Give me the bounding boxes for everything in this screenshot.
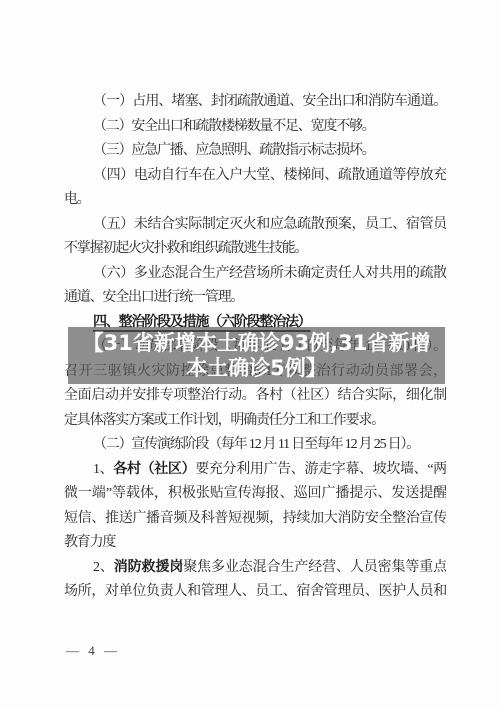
text-line: 1、各村（社区）要充分利用广告、游走字幕、坡坎墙、“两: [64, 458, 446, 483]
text-segment: 通道、安全出口进行统一管理。: [64, 290, 243, 305]
text-line: 不掌握初起火灾扑救和组织疏散逃生技能。: [64, 237, 446, 262]
text-segment: （三）应急广播、应急照明、疏散指示标志损坏。: [93, 143, 375, 158]
text-line: （六）多业态混合生产经营场所未确定责任人对共用的疏散: [64, 262, 446, 287]
text-segment: 1、: [93, 462, 113, 477]
text-line: 电。: [64, 188, 446, 213]
text-line: （三）应急广播、应急照明、疏散指示标志损坏。: [64, 139, 446, 164]
page-number: — 4 —: [66, 643, 120, 659]
text-segment: 微一端”等载体，积极张贴宣传海报、巡回广播提示、发送提醒: [64, 486, 446, 501]
text-segment: 电。: [64, 192, 90, 207]
overlay-caption: 【31省新增本土确诊93例,31省新增 本土确诊5例】: [68, 327, 445, 384]
text-segment: （二）宣传演练阶段（每年 12 月 11 日至每年 12 月 25 日）。: [93, 437, 419, 452]
text-segment: （二）安全出口和疏散楼梯数量不足、宽度不够。: [93, 119, 375, 134]
text-segment: 场所，对单位负责人和管理人、员工、宿舍管理员、医护人员和: [64, 584, 446, 599]
text-line: 场所，对单位负责人和管理人、员工、宿舍管理员、医护人员和: [64, 580, 446, 605]
text-segment: 聚焦多业态混合生产经营、人员密集等重点: [183, 560, 446, 575]
text-line: （二）宣传演练阶段（每年 12 月 11 日至每年 12 月 25 日）。: [64, 433, 446, 458]
text-segment: 2、: [93, 560, 114, 575]
text-segment: 短信、推送广播音频及科普短视频，持续加大消防安全整治宣传: [64, 511, 446, 526]
overlay-caption-line-1: 【31省新增本土确诊93例,31省新增: [83, 331, 431, 356]
text-line: 短信、推送广播音频及科普短视频，持续加大消防安全整治宣传: [64, 507, 446, 532]
text-segment: （六）多业态混合生产经营场所未确定责任人对共用的疏散: [93, 266, 446, 281]
text-segment: 定具体落实方案或工作计划，明确责任分工和工作要求。: [64, 413, 384, 428]
text-line: 微一端”等载体，积极张贴宣传海报、巡回广播提示、发送提醒: [64, 482, 446, 507]
text-line: 2、消防救援岗聚焦多业态混合生产经营、人员密集等重点: [64, 556, 446, 581]
text-line: （一）占用、堵塞、封闭疏散通道、安全出口和消防车通道。: [64, 90, 446, 115]
emphasized-text-segment: 各村（社区）: [113, 462, 195, 477]
text-segment: （一）占用、堵塞、封闭疏散通道、安全出口和消防车通道。: [93, 94, 446, 109]
text-segment: 不掌握初起火灾扑救和组织疏散逃生技能。: [64, 241, 307, 256]
text-segment: （五）未结合实际制定灭火和应急疏散预案，员工、宿管员: [93, 217, 446, 232]
text-line: 通道、安全出口进行统一管理。: [64, 286, 446, 311]
text-segment: （四）电动自行车在入户大堂、楼梯间、疏散通道等停放充: [93, 168, 446, 183]
overlay-caption-line-2: 本土确诊5例】: [186, 356, 327, 381]
text-line: （四）电动自行车在入户大堂、楼梯间、疏散通道等停放充: [64, 164, 446, 189]
text-line: （二）安全出口和疏散楼梯数量不足、宽度不够。: [64, 115, 446, 140]
text-segment: 要充分利用广告、游走字幕、坡坎墙、“两: [195, 462, 446, 477]
text-segment: 全面启动并安排专项整治行动。各村（社区）结合实际，细化制: [64, 388, 446, 403]
text-line: 教育力度: [64, 531, 446, 556]
document-page: （一）占用、堵塞、封闭疏散通道、安全出口和消防车通道。（二）安全出口和疏散楼梯数…: [0, 0, 500, 707]
emphasized-text-segment: 消防救援岗: [114, 560, 183, 575]
text-line: （五）未结合实际制定灭火和应急疏散预案，员工、宿管员: [64, 213, 446, 238]
text-line: 全面启动并安排专项整治行动。各村（社区）结合实际，细化制: [64, 384, 446, 409]
text-line: 定具体落实方案或工作计划，明确责任分工和工作要求。: [64, 409, 446, 434]
text-segment: 教育力度: [64, 535, 115, 550]
